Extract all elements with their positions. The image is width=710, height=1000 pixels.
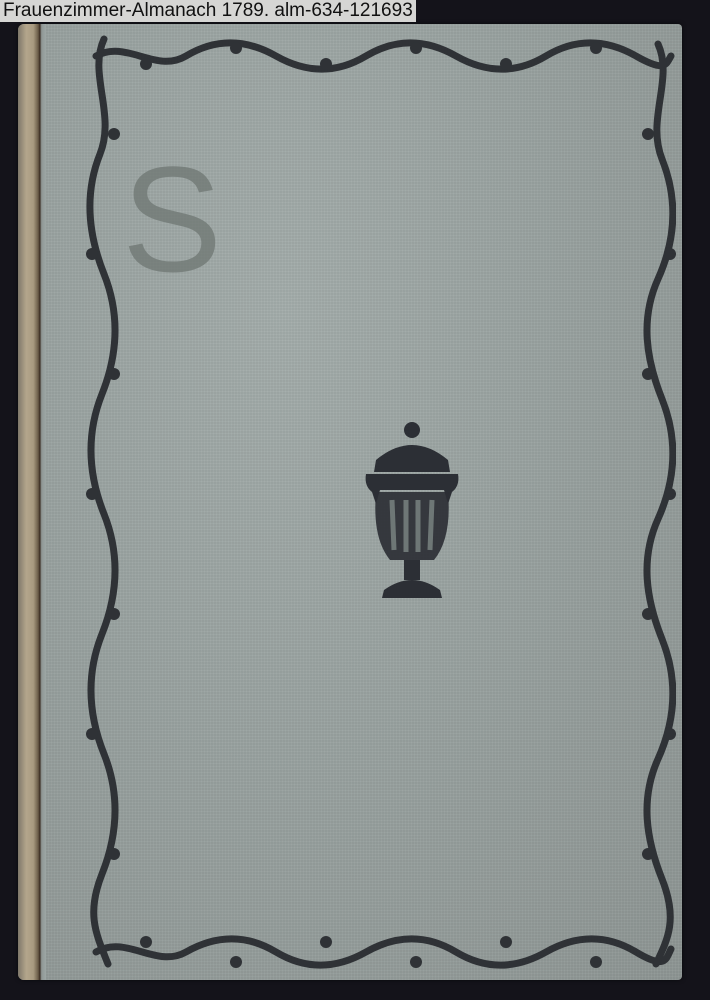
watermark-letter: S xyxy=(122,144,222,294)
urn-icon xyxy=(356,420,468,604)
book-cover: S xyxy=(18,24,682,980)
image-caption: Frauenzimmer-Almanach 1789. alm-634-1216… xyxy=(0,0,416,22)
book-spine-edge xyxy=(18,24,46,980)
